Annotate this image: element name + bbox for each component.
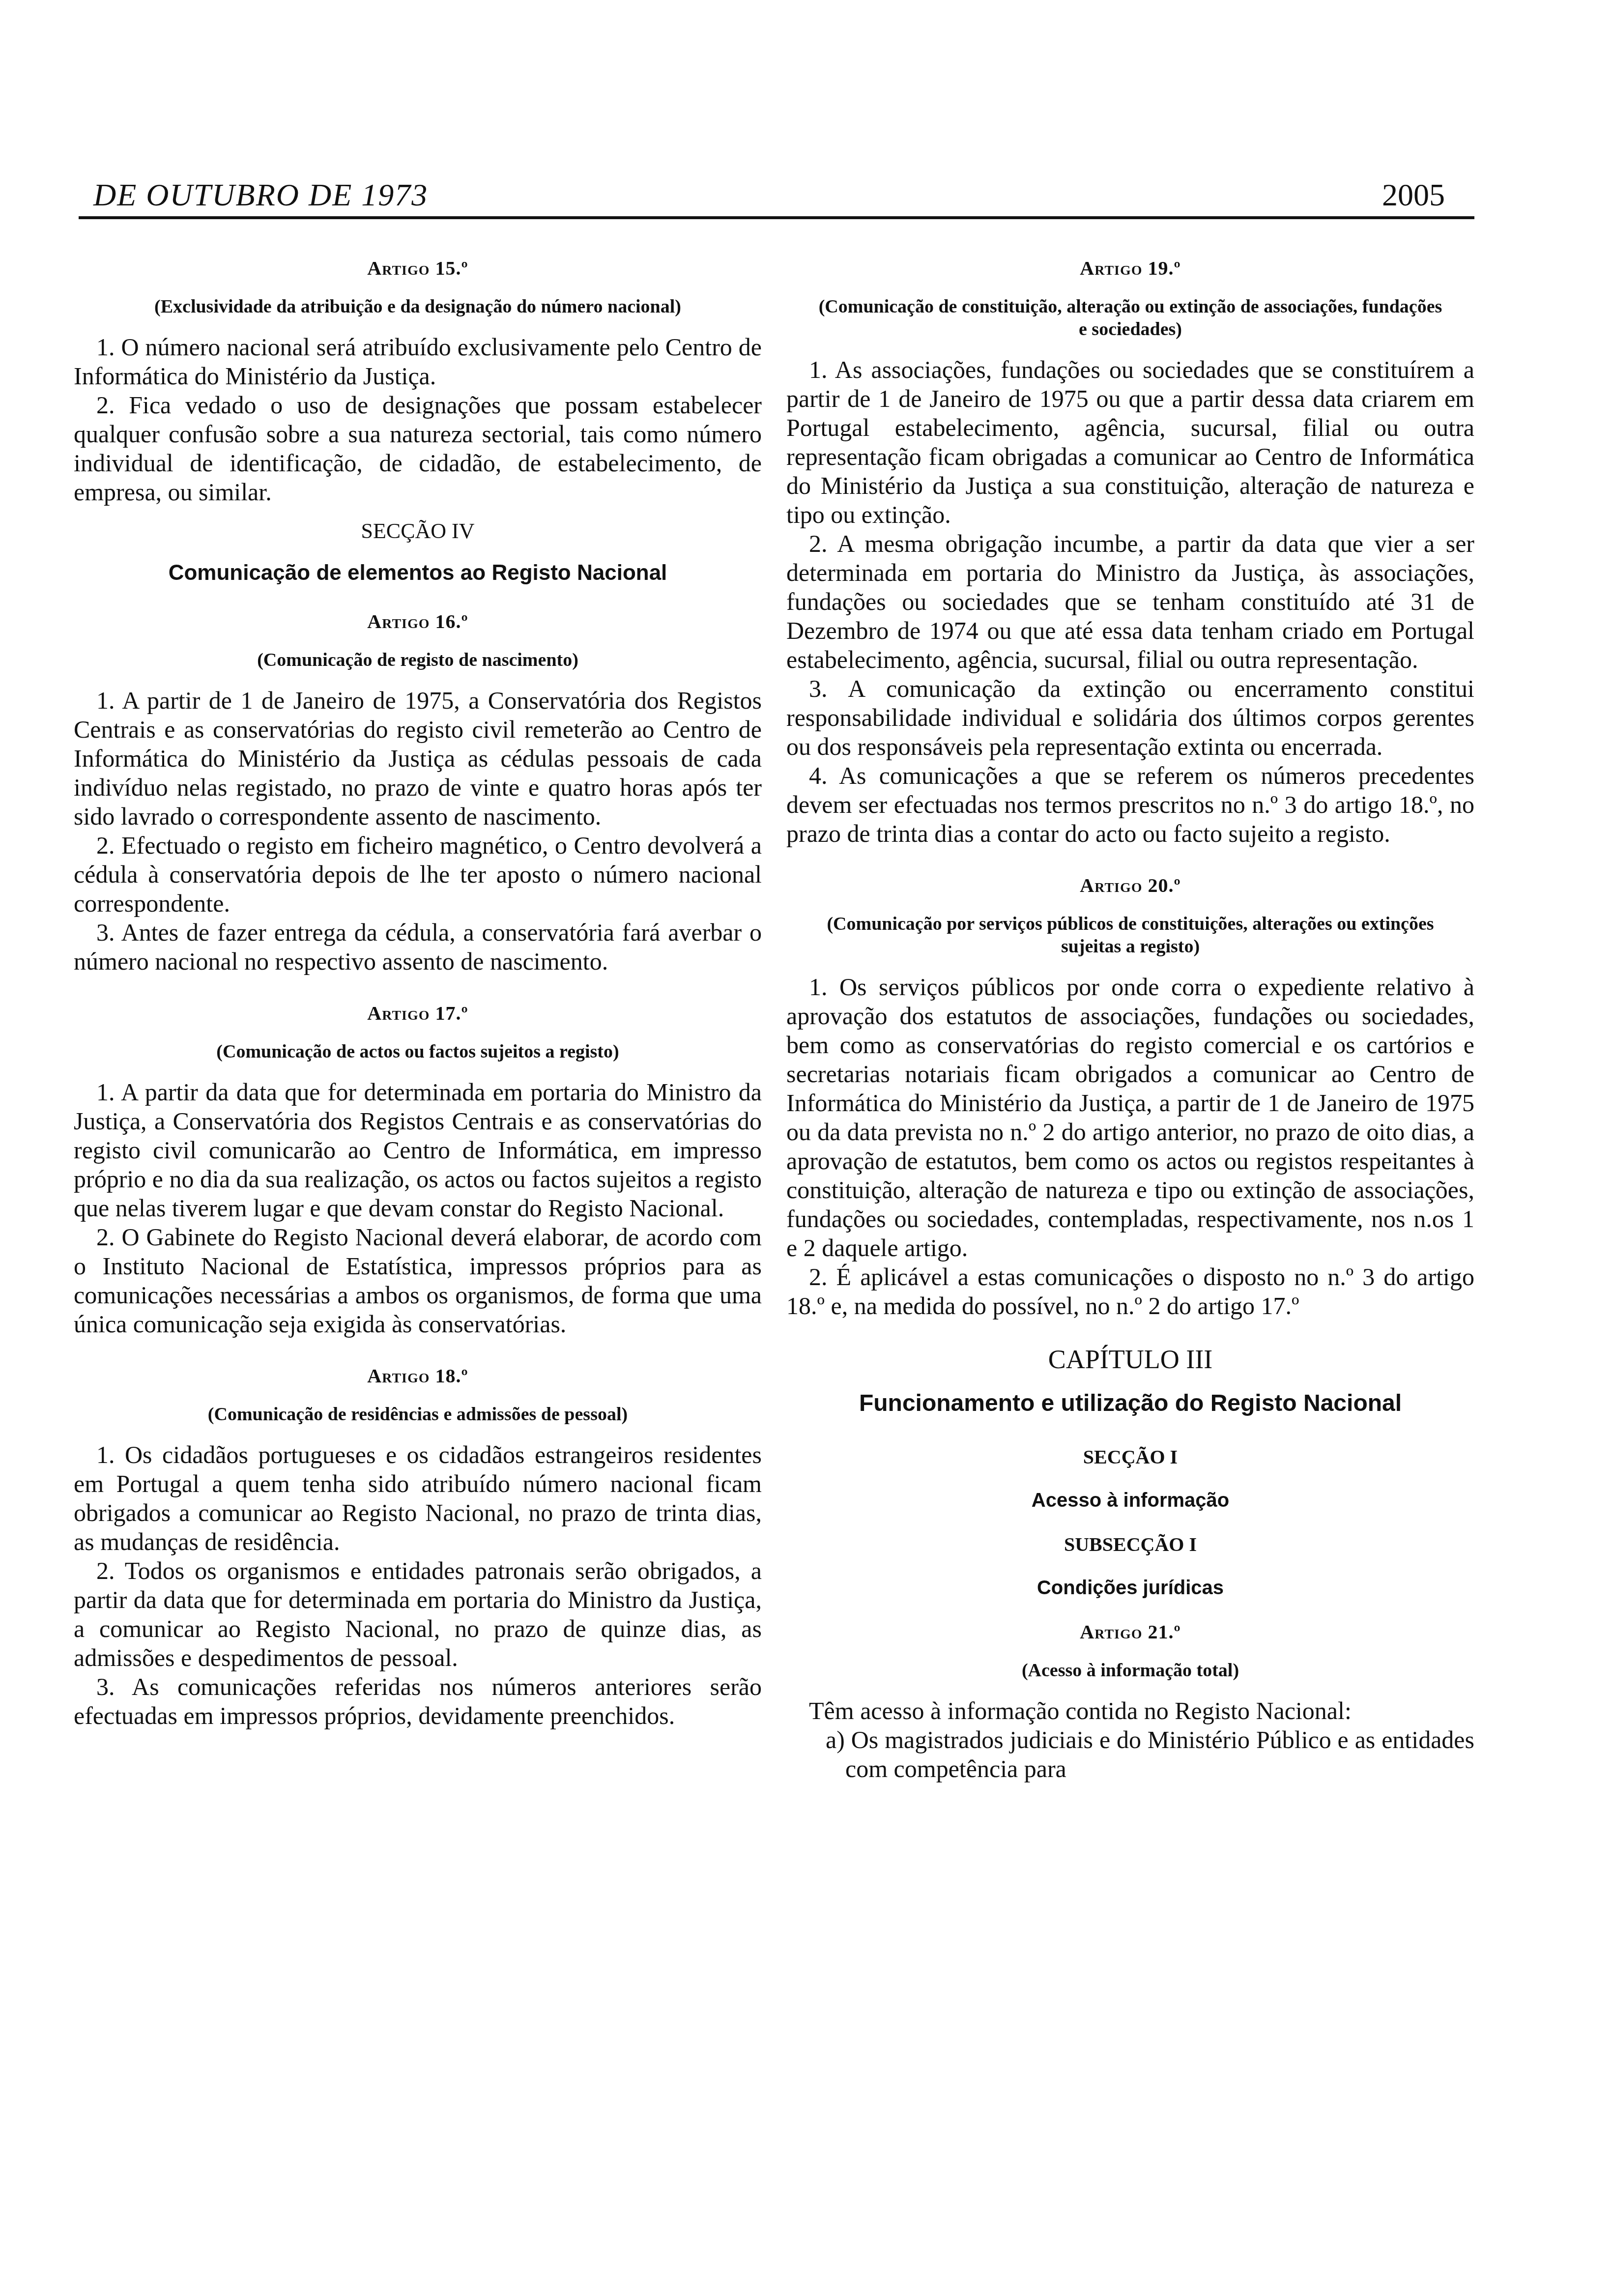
article-19-subtitle: (Comunicação de constituição, alteração …: [816, 295, 1445, 341]
article-16-para-2: 2. Efectuado o registo em ficheiro magné…: [74, 831, 762, 918]
article-17-subtitle: (Comunicação de actos ou factos sujeitos…: [103, 1040, 732, 1063]
header-rule: [79, 216, 1474, 219]
article-21-intro: Têm acesso à informação contida no Regis…: [786, 1696, 1474, 1725]
article-16-para-3: 3. Antes de fazer entrega da cédula, a c…: [74, 918, 762, 976]
article-21-item-a: a) Os magistrados judiciais e do Ministé…: [786, 1725, 1474, 1783]
right-column: Artigo 19.º (Comunicação de constituição…: [786, 246, 1474, 1783]
article-17-para-1: 1. A partir da data que for determinada …: [74, 1078, 762, 1223]
left-column: Artigo 15.º (Exclusividade da atribuição…: [74, 246, 762, 1730]
page-header: DE OUTUBRO DE 1973 2005: [49, 167, 1445, 221]
subsection-1-label: SUBSECÇÃO I: [786, 1530, 1474, 1559]
article-15-subtitle: (Exclusividade da atribuição e da design…: [103, 295, 732, 318]
article-18-para-2: 2. Todos os organismos e entidades patro…: [74, 1556, 762, 1672]
header-date: DE OUTUBRO DE 1973: [93, 177, 428, 213]
article-15-para-1: 1. O número nacional será atribuído excl…: [74, 333, 762, 391]
section-1-name: Acesso à informação: [786, 1486, 1474, 1515]
page-number: 2005: [1382, 177, 1445, 213]
article-15-para-2: 2. Fica vedado o uso de designações que …: [74, 391, 762, 507]
article-20-para-1: 1. Os serviços públicos por onde corra o…: [786, 973, 1474, 1263]
article-19-title: Artigo 19.º: [786, 254, 1474, 283]
section-4-label: SECÇÃO IV: [74, 517, 762, 545]
article-21-subtitle: (Acesso à informação total): [816, 1659, 1445, 1682]
article-18-para-1: 1. Os cidadãos portugueses e os cidadãos…: [74, 1440, 762, 1556]
article-18-subtitle: (Comunicação de residências e admissões …: [103, 1403, 732, 1426]
chapter-3-name: Funcionamento e utilização do Registo Na…: [786, 1389, 1474, 1418]
article-15-title: Artigo 15.º: [74, 254, 762, 283]
article-17-title: Artigo 17.º: [74, 999, 762, 1028]
article-19-para-3: 3. A comunicação da extinção ou encerram…: [786, 674, 1474, 761]
article-19-para-1: 1. As associações, fundações ou sociedad…: [786, 355, 1474, 529]
article-20-para-2: 2. É aplicável a estas comunicações o di…: [786, 1263, 1474, 1320]
article-18-para-3: 3. As comunicações referidas nos números…: [74, 1672, 762, 1730]
article-20-subtitle: (Comunicação por serviços públicos de co…: [816, 913, 1445, 958]
subsection-1-name: Condições jurídicas: [786, 1574, 1474, 1603]
article-16-title: Artigo 16.º: [74, 607, 762, 636]
article-19-para-4: 4. As comunicações a que se referem os n…: [786, 761, 1474, 848]
article-19-para-2: 2. A mesma obrigação incumbe, a partir d…: [786, 529, 1474, 674]
article-17-para-2: 2. O Gabinete do Registo Nacional deverá…: [74, 1223, 762, 1339]
article-16-para-1: 1. A partir de 1 de Janeiro de 1975, a C…: [74, 686, 762, 831]
section-1-label: SECÇÃO I: [786, 1442, 1474, 1471]
chapter-3-label: CAPÍTULO III: [786, 1345, 1474, 1374]
article-20-title: Artigo 20.º: [786, 871, 1474, 900]
article-18-title: Artigo 18.º: [74, 1361, 762, 1390]
article-21-title: Artigo 21.º: [786, 1617, 1474, 1646]
section-4-name: Comunicação de elementos ao Registo Naci…: [74, 558, 762, 587]
article-16-subtitle: (Comunicação de registo de nascimento): [103, 649, 732, 671]
